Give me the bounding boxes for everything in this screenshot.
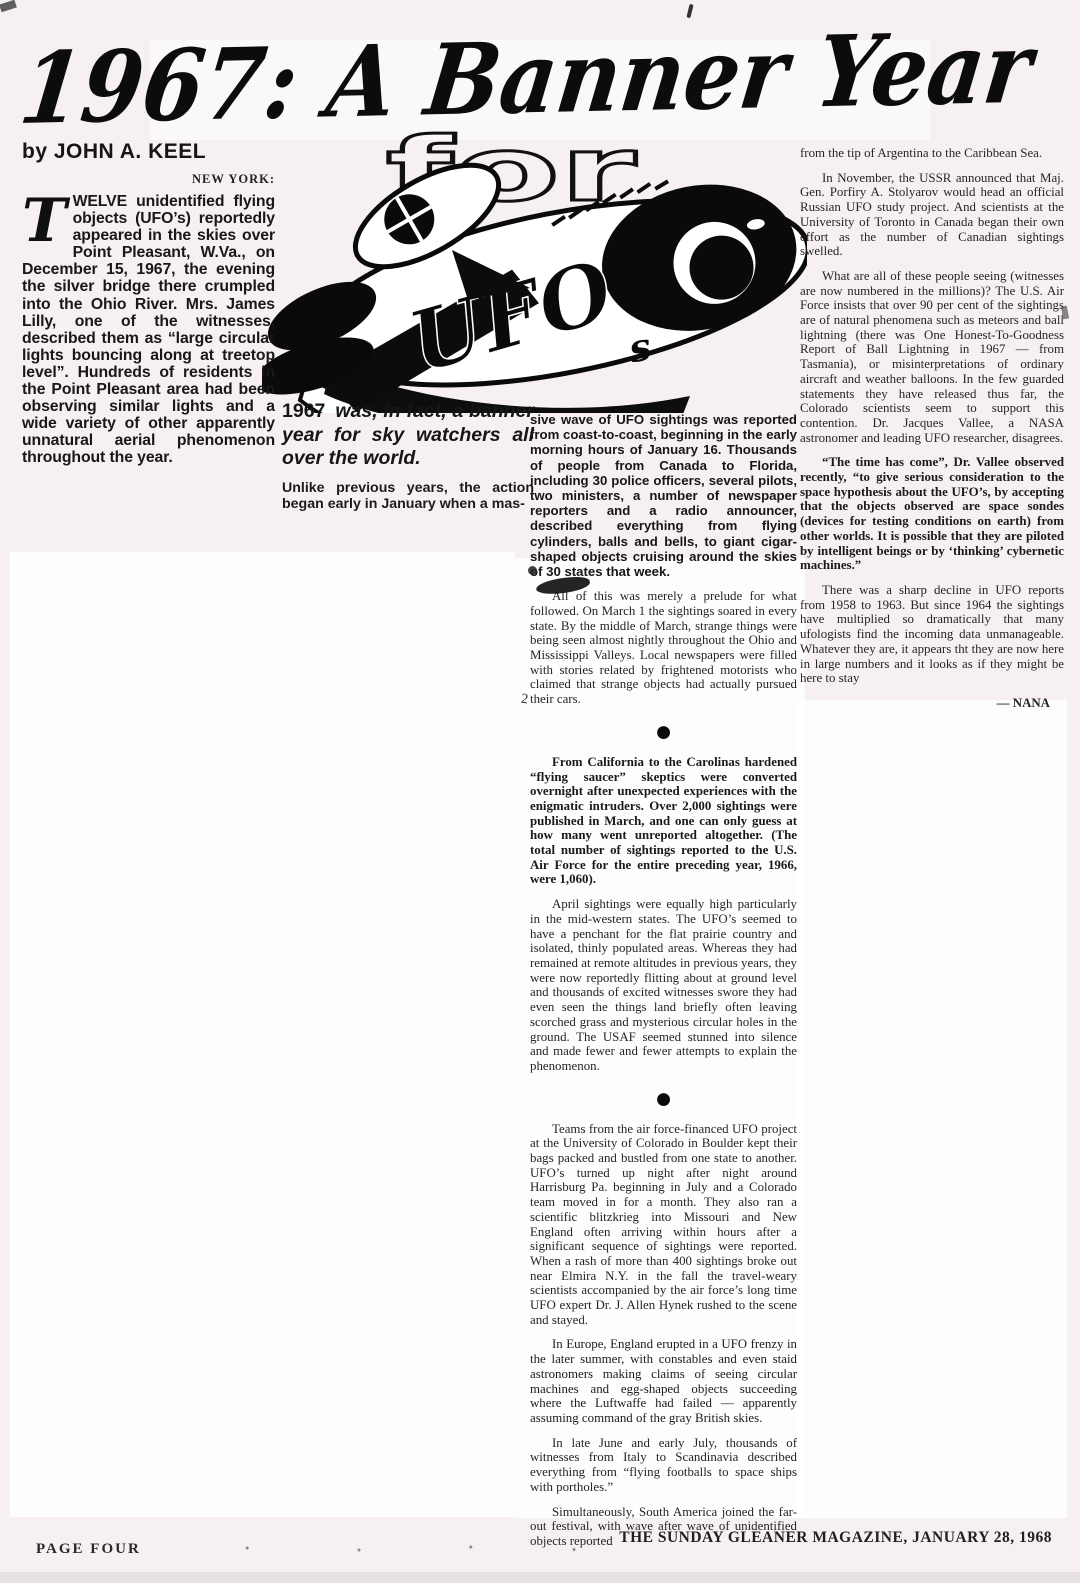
article-paragraph: What are all of these people seeing (wit… — [800, 269, 1064, 445]
article-paragraph: April sightings were equally high partic… — [530, 897, 797, 1073]
left-column: by JOHN A. KEEL NEW YORK: TWELVE unident… — [22, 140, 275, 467]
caption-lead-in: 1967 — [282, 400, 325, 422]
newspaper-page: 1967: A Banner Year for — [0, 0, 1080, 1583]
article-paragraph: There was a sharp decline in UFO reports… — [800, 583, 1064, 686]
ufo-spaceship-drawing: UFO s — [262, 138, 807, 413]
article-paragraph: “The time has come”, Dr. Vallee observed… — [800, 455, 1064, 573]
wire-service-credit: — NANA — [800, 696, 1064, 711]
ink-dot-artifact — [528, 566, 537, 575]
scan-speck-artifacts — [230, 1544, 660, 1554]
scan-edge-strip — [0, 1572, 1080, 1583]
scan-corner-artifact — [0, 0, 17, 12]
caption-column: 1967was, in fact, a banner year for sky … — [282, 400, 534, 513]
right-column: from the tip of Argentina to the Caribbe… — [800, 146, 1064, 721]
article-paragraph: Teams from the air force-financed UFO pr… — [530, 1122, 797, 1328]
publication-footer: THE SUNDAY GLEANER MAGAZINE, JANUARY 28,… — [619, 1529, 1052, 1547]
dateline: NEW YORK: — [22, 172, 275, 187]
scan-tick-artifact — [1061, 306, 1069, 320]
article-paragraph: All of this was merely a prelude for wha… — [530, 589, 797, 707]
byline: by JOHN A. KEEL — [22, 140, 275, 164]
ufo-illustration: UFO s — [262, 138, 807, 413]
caption-follow-paragraph: Unlike previous years, the action began … — [282, 480, 534, 513]
article-paragraph: In Europe, England erupted in a UFO fren… — [530, 1337, 797, 1425]
article-paragraph: sive wave of UFO sightings was reported … — [530, 412, 797, 579]
scan-light-patch — [10, 552, 515, 1517]
article-paragraph: In late June and early July, thousands o… — [530, 1436, 797, 1495]
article-paragraph: In November, the USSR announced that Maj… — [800, 171, 1064, 259]
article-paragraph: from the tip of Argentina to the Caribbe… — [800, 146, 1064, 161]
illustration-caption: 1967was, in fact, a banner year for sky … — [282, 400, 534, 471]
section-divider-dot: ● — [530, 717, 797, 747]
section-divider-dot: ● — [530, 1084, 797, 1114]
article-paragraph: From California to the Carolinas hardene… — [530, 755, 797, 887]
lead-paragraph: TWELVE unidentified flying objects (UFO’… — [22, 193, 275, 467]
drop-cap: T — [22, 193, 73, 245]
page-number-label: PAGE FOUR — [36, 1541, 141, 1558]
scan-light-patch — [795, 700, 1067, 1518]
